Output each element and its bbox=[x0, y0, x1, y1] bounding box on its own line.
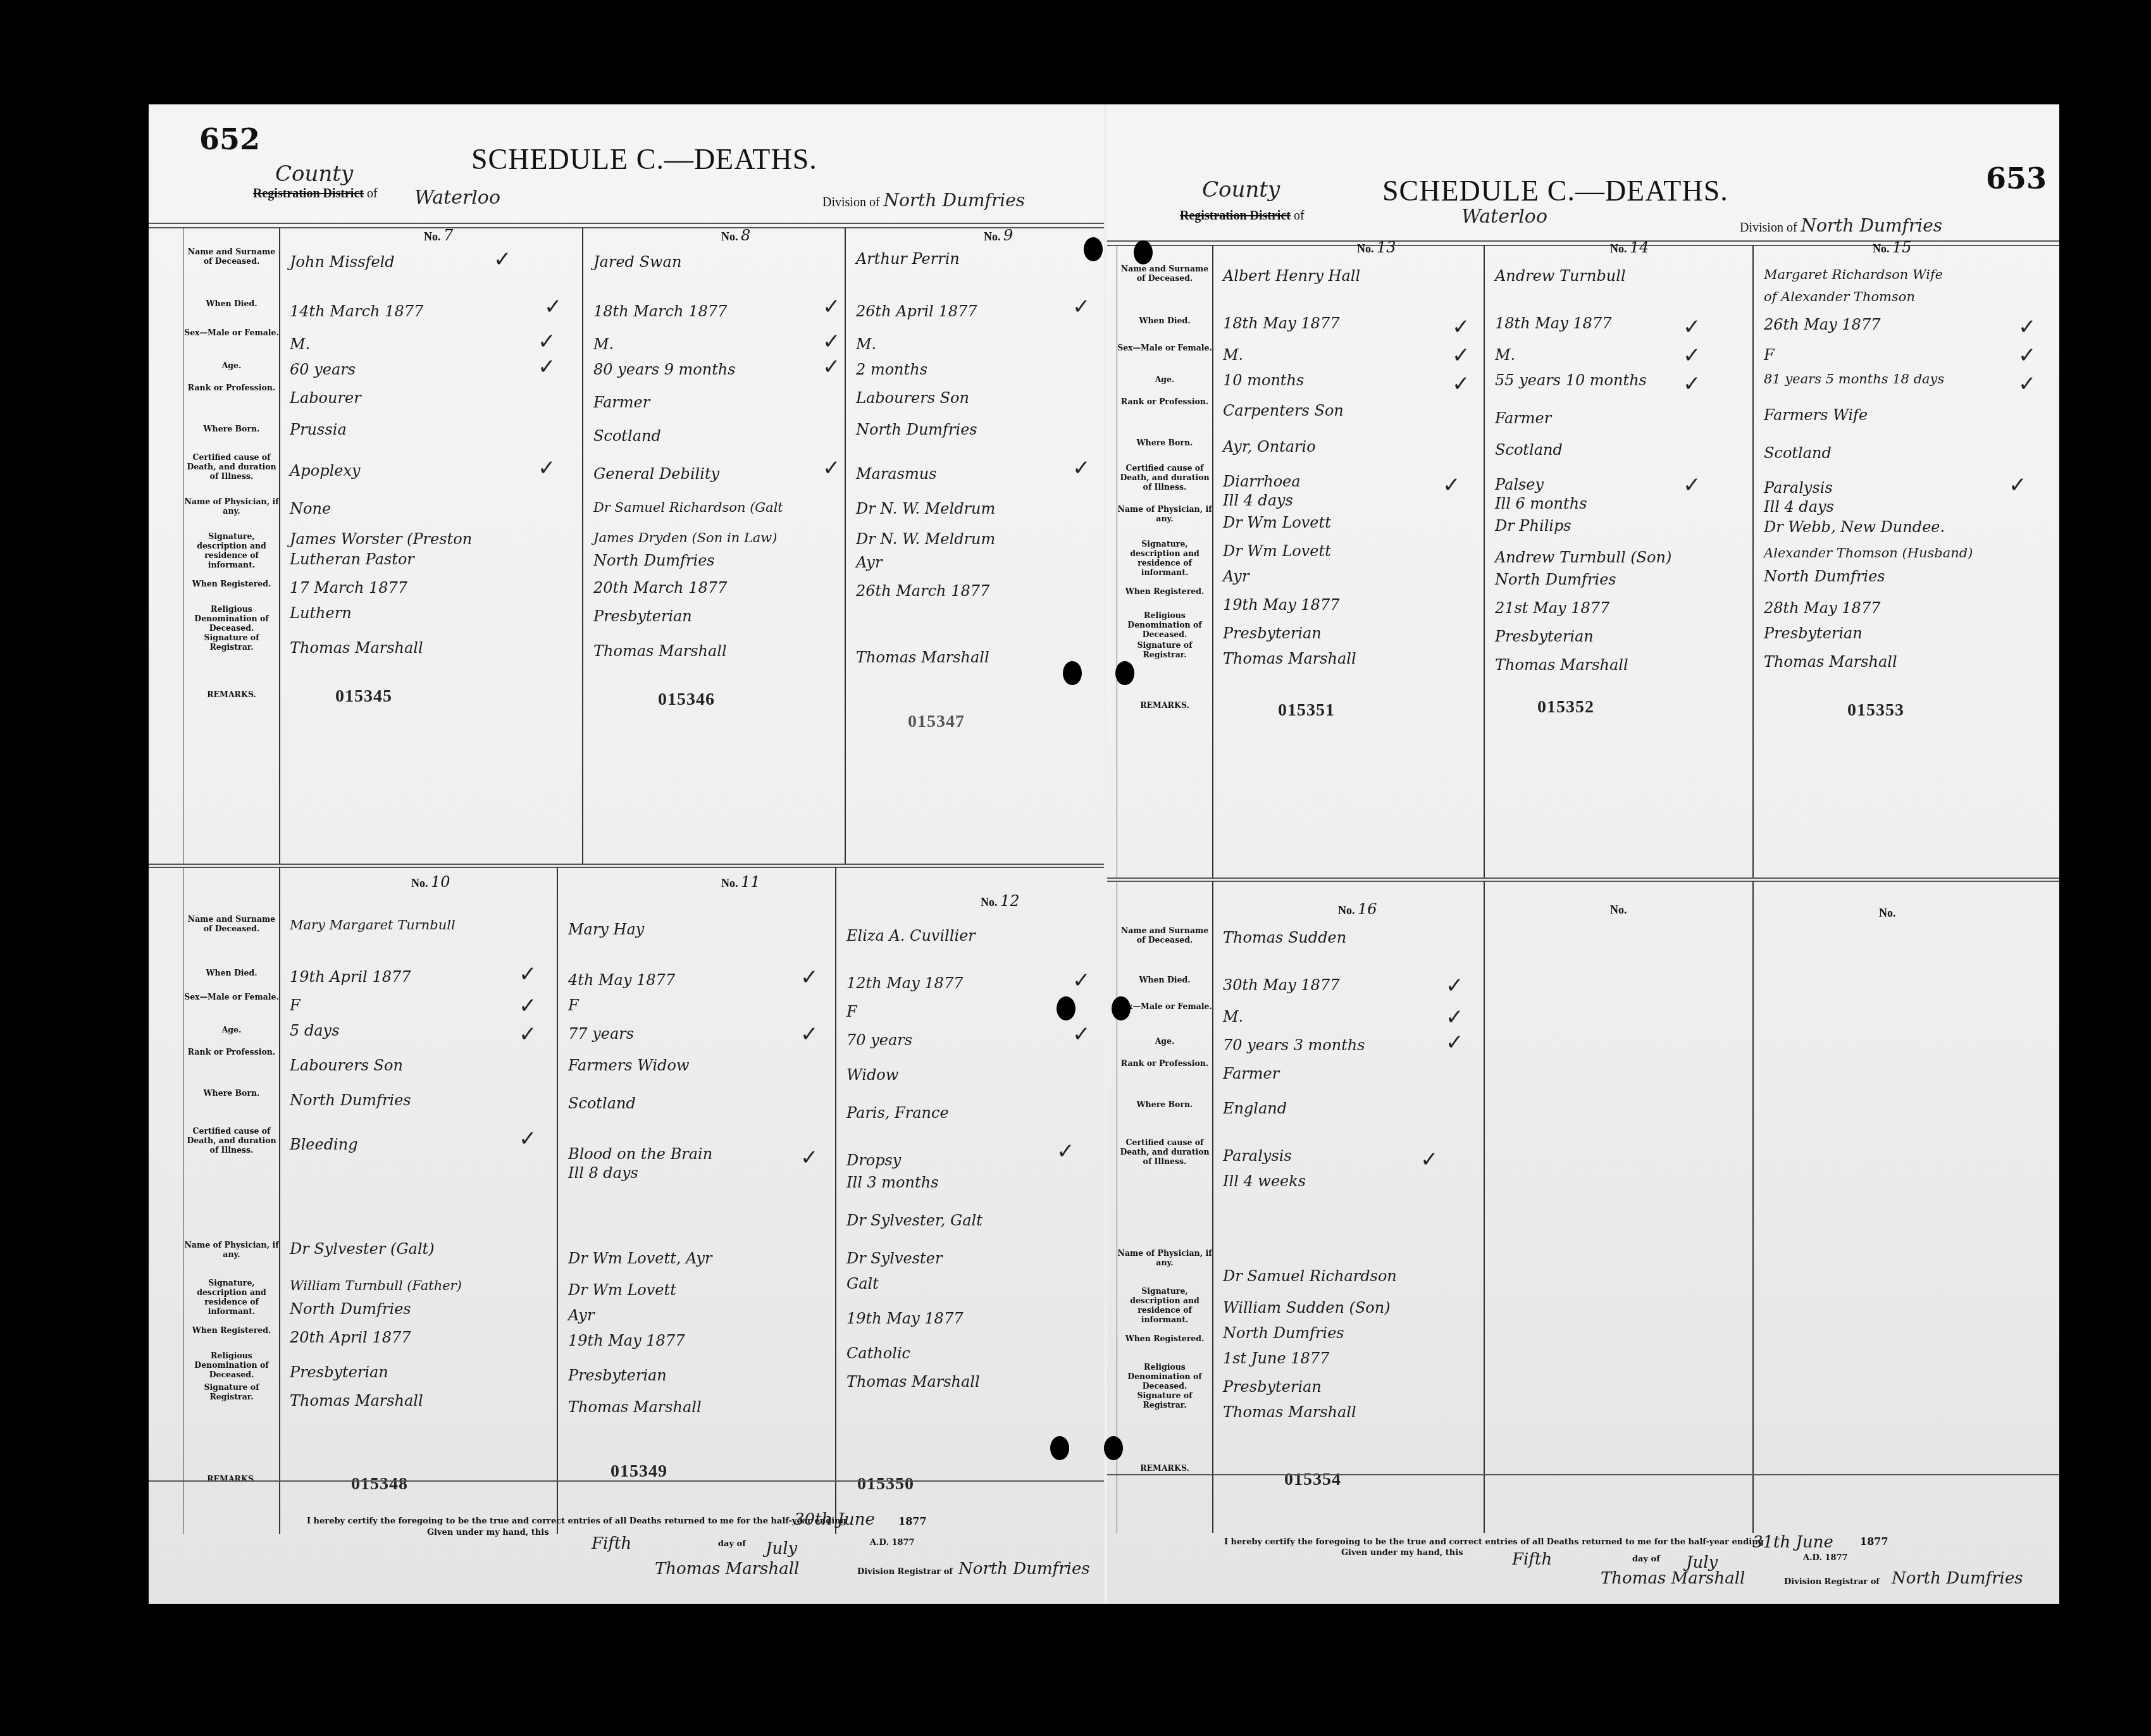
binding-hole bbox=[1057, 996, 1075, 1020]
page-number: 653 bbox=[1986, 161, 2047, 195]
religion: Presbyterian bbox=[1495, 628, 1747, 645]
where-born: England bbox=[1223, 1100, 1478, 1117]
right-page: 653 SCHEDULE C.—DEATHS. County Registrat… bbox=[1107, 104, 2059, 1604]
label-age: Age. bbox=[184, 1025, 279, 1034]
certificate-year: 1877 bbox=[1860, 1535, 1888, 1547]
entry-number: No. 13 bbox=[1357, 239, 1396, 256]
rank: Farmer bbox=[1495, 409, 1747, 427]
district-name: Waterloo bbox=[1461, 206, 1547, 228]
check-mark-icon: ✓ bbox=[1072, 294, 1091, 319]
informant: James Worster (Preston bbox=[290, 530, 577, 548]
rank: Labourers Son bbox=[290, 1057, 552, 1074]
cause-of-death: Dropsy bbox=[846, 1151, 1093, 1169]
check-mark-icon: ✓ bbox=[822, 354, 841, 380]
label-name: Name and Surname of Deceased. bbox=[184, 914, 279, 933]
label-age: Age. bbox=[1117, 1036, 1212, 1046]
informant-residence: North Dumfries bbox=[593, 552, 840, 569]
religion: Presbyterian bbox=[1764, 624, 2035, 642]
cause-of-death: Palsey bbox=[1495, 476, 1747, 493]
entry-number: No. 16 bbox=[1338, 900, 1377, 918]
remark-number: 015350 bbox=[857, 1474, 914, 1494]
rank: Widow bbox=[846, 1066, 1093, 1084]
check-mark-icon: ✓ bbox=[822, 456, 841, 481]
registrar-label: Division Registrar of bbox=[1784, 1577, 1880, 1587]
check-mark-icon: ✓ bbox=[519, 993, 537, 1019]
physician: Dr Philips bbox=[1495, 517, 1747, 535]
death-entry: No. 16 Thomas Sudden 30th May 1877 M. 70… bbox=[1212, 881, 1485, 1533]
date-died: 14th March 1877 bbox=[290, 302, 577, 320]
deceased-name: Arthur Perrin bbox=[856, 250, 1093, 268]
check-mark-icon: ✓ bbox=[1442, 473, 1461, 498]
label-age: Age. bbox=[184, 361, 279, 370]
age: 70 years bbox=[846, 1031, 1093, 1049]
where-born: Scotland bbox=[568, 1094, 830, 1112]
entry-number: No. bbox=[1879, 907, 1896, 920]
sex: M. bbox=[1223, 346, 1478, 364]
where-born: North Dumfries bbox=[290, 1091, 552, 1109]
rank: Labourer bbox=[290, 389, 577, 407]
registrar-signature: Thomas Marshall bbox=[856, 648, 1093, 666]
label-remarks: REMARKS. bbox=[1117, 700, 1212, 710]
rank: Farmer bbox=[1223, 1065, 1478, 1082]
informant: Dr Wm Lovett bbox=[1223, 542, 1478, 560]
label-informant: Signature, description and residence of … bbox=[184, 531, 279, 569]
district-name: Waterloo bbox=[414, 187, 500, 209]
page-number: 652 bbox=[199, 122, 260, 156]
label-cause: Certified cause of Death, and duration o… bbox=[184, 452, 279, 481]
registration-district-label: Registration District of bbox=[1180, 209, 1305, 223]
division-name: North Dumfries bbox=[1801, 215, 1943, 236]
sex: F bbox=[1764, 346, 2035, 364]
check-mark-icon: ✓ bbox=[538, 456, 556, 481]
illness-duration: Ill 4 days bbox=[1223, 492, 1478, 509]
binding-hole bbox=[1084, 237, 1103, 261]
entries-block-bottom: Name and Surname of Deceased. When Died.… bbox=[149, 867, 1104, 1534]
entries-block-top: Name and Surname of Deceased. When Died.… bbox=[1107, 245, 2059, 877]
cause-of-death: General Debility bbox=[593, 465, 840, 483]
deceased-name-continued: of Alexander Thomson bbox=[1764, 289, 2035, 304]
date-registered: 1st June 1877 bbox=[1223, 1349, 1478, 1367]
age: 10 months bbox=[1223, 371, 1478, 389]
informant-residence: North Dumfries bbox=[1495, 571, 1747, 588]
certificate-day-of: day of bbox=[718, 1539, 746, 1549]
label-name: Name and Surname of Deceased. bbox=[1117, 926, 1212, 945]
death-entry: No. 9 Arthur Perrin 26th April 1877 M. 2… bbox=[845, 228, 1098, 864]
registrar-signature: Thomas Marshall bbox=[1764, 653, 2035, 671]
informant: Andrew Turnbull (Son) bbox=[1495, 549, 1747, 566]
death-entry: No. 7 John Missfeld 14th March 1877 M. 6… bbox=[278, 228, 583, 864]
registrar-signature: Thomas Marshall bbox=[290, 639, 577, 657]
entry-number: No. 10 bbox=[411, 873, 450, 891]
religion: Presbyterian bbox=[1223, 624, 1478, 642]
check-mark-icon: ✓ bbox=[2018, 371, 2036, 397]
label-when-registered: When Registered. bbox=[1117, 586, 1212, 596]
check-mark-icon: ✓ bbox=[2018, 343, 2036, 368]
schedule-title: SCHEDULE C.—DEATHS. bbox=[471, 142, 817, 176]
certificate-year: 1877 bbox=[898, 1515, 927, 1527]
label-religion: Religious Denomination of Deceased. bbox=[1117, 1362, 1212, 1391]
registrar-signature: Thomas Marshall bbox=[1223, 650, 1478, 667]
row-labels: Name and Surname of Deceased. When Died.… bbox=[183, 228, 280, 864]
informant: Alexander Thomson (Husband) bbox=[1764, 545, 2035, 561]
row-labels: Name and Surname of Deceased. When Died.… bbox=[1117, 881, 1213, 1533]
sex: M. bbox=[856, 335, 1093, 353]
label-rank: Rank or Profession. bbox=[1117, 397, 1212, 406]
physician: Dr Sylvester, Galt bbox=[846, 1212, 1093, 1229]
age: 81 years 5 months 18 days bbox=[1764, 371, 2035, 387]
entries-block-top: Name and Surname of Deceased. When Died.… bbox=[149, 228, 1104, 864]
remark-number: 015353 bbox=[1847, 700, 1904, 721]
illness-duration: Ill 3 months bbox=[846, 1174, 1093, 1191]
sex: M. bbox=[593, 335, 840, 353]
where-born: Scotland bbox=[1495, 441, 1747, 459]
check-mark-icon: ✓ bbox=[493, 247, 512, 272]
informant-residence: Ayr bbox=[568, 1306, 830, 1324]
check-mark-icon: ✓ bbox=[1683, 314, 1701, 340]
where-born: Paris, France bbox=[846, 1104, 1093, 1122]
schedule-title: SCHEDULE C.—DEATHS. bbox=[1382, 174, 1728, 208]
sex: M. bbox=[290, 335, 577, 353]
deceased-name: Mary Hay bbox=[568, 921, 830, 938]
division-label: Division ofNorth Dumfries bbox=[1740, 215, 1942, 236]
certificate-ad: A.D. 1877 bbox=[870, 1538, 915, 1547]
informant-residence: Ayr bbox=[1223, 567, 1478, 585]
row-labels: Name and Surname of Deceased. When Died.… bbox=[183, 867, 280, 1534]
remark-number: 015348 bbox=[351, 1474, 408, 1494]
check-mark-icon: ✓ bbox=[1452, 343, 1470, 368]
registrar-signature: Thomas Marshall bbox=[846, 1373, 1093, 1391]
row-labels: Name and Surname of Deceased. When Died.… bbox=[1117, 245, 1213, 877]
deceased-name: John Missfeld bbox=[290, 253, 577, 271]
sex: M. bbox=[1223, 1008, 1478, 1026]
death-entry: No. 14 Andrew Turnbull 18th May 1877 M. … bbox=[1484, 245, 1754, 877]
registrar-label: Division Registrar of bbox=[857, 1567, 953, 1577]
informant: William Turnbull (Father) bbox=[290, 1278, 552, 1293]
where-born: North Dumfries bbox=[856, 421, 1093, 438]
label-remarks: REMARKS. bbox=[1117, 1463, 1212, 1473]
label-where-born: Where Born. bbox=[184, 424, 279, 433]
label-cause: Certified cause of Death, and duration o… bbox=[1117, 1138, 1212, 1166]
age: 80 years 9 months bbox=[593, 361, 840, 378]
rank: Carpenters Son bbox=[1223, 402, 1478, 419]
label-physician: Name of Physician, if any. bbox=[1117, 1248, 1212, 1267]
remark-number: 015346 bbox=[658, 690, 715, 710]
register-book: 652 SCHEDULE C.—DEATHS. County Registrat… bbox=[149, 104, 2059, 1604]
label-physician: Name of Physician, if any. bbox=[184, 1240, 279, 1259]
informant: James Dryden (Son in Law) bbox=[593, 530, 840, 545]
religion: Presbyterian bbox=[593, 607, 840, 625]
date-died: 18th March 1877 bbox=[593, 302, 840, 320]
check-mark-icon: ✓ bbox=[1452, 371, 1470, 397]
label-religion: Religious Denomination of Deceased. bbox=[184, 1351, 279, 1379]
label-sex: Sex—Male or Female. bbox=[1117, 343, 1212, 352]
binding-hole bbox=[1104, 1436, 1123, 1460]
physician: Dr Webb, New Dundee. bbox=[1764, 518, 2035, 536]
certificate-text: I hereby certify the foregoing to be the… bbox=[1224, 1537, 1764, 1547]
certificate-month: July bbox=[766, 1539, 797, 1558]
certificate-day-of: day of bbox=[1632, 1554, 1660, 1564]
label-religion: Religious Denomination of Deceased. bbox=[1117, 611, 1212, 639]
deceased-name: Jared Swan bbox=[593, 253, 840, 271]
label-informant: Signature, description and residence of … bbox=[1117, 539, 1212, 577]
label-when-registered: When Registered. bbox=[184, 579, 279, 588]
death-entry: No. 11 Mary Hay 4th May 1877 F 77 years … bbox=[557, 867, 836, 1534]
label-informant: Signature, description and residence of … bbox=[184, 1278, 279, 1316]
binding-hole bbox=[1134, 240, 1153, 264]
check-mark-icon: ✓ bbox=[822, 294, 841, 319]
check-mark-icon: ✓ bbox=[800, 1145, 819, 1170]
label-remarks: REMARKS. bbox=[184, 1474, 279, 1484]
deceased-name: Albert Henry Hall bbox=[1223, 267, 1478, 285]
check-mark-icon: ✓ bbox=[1683, 343, 1701, 368]
division-label: Division ofNorth Dumfries bbox=[822, 190, 1025, 211]
label-where-born: Where Born. bbox=[1117, 438, 1212, 447]
entries-block-bottom: Name and Surname of Deceased. When Died.… bbox=[1107, 881, 2059, 1533]
check-mark-icon: ✓ bbox=[1683, 473, 1701, 498]
binding-hole bbox=[1050, 1436, 1069, 1460]
footer-rule bbox=[1107, 1474, 2059, 1475]
informant-residence: North Dumfries bbox=[290, 1300, 552, 1318]
label-registrar: Signature of Registrar. bbox=[1117, 1391, 1212, 1410]
illness-duration: Ill 4 weeks bbox=[1223, 1172, 1478, 1190]
date-registered: 19th May 1877 bbox=[1223, 596, 1478, 614]
entry-number: No. 7 bbox=[424, 226, 453, 244]
binding-hole bbox=[1115, 661, 1134, 685]
illness-duration: Ill 8 days bbox=[568, 1164, 830, 1182]
check-mark-icon: ✓ bbox=[538, 329, 556, 354]
county-annotation: County bbox=[1202, 177, 1280, 202]
certificate-text: I hereby certify the foregoing to be the… bbox=[307, 1516, 846, 1526]
check-mark-icon: ✓ bbox=[2009, 473, 2027, 498]
deceased-name: Mary Margaret Turnbull bbox=[290, 917, 552, 933]
entry-number: No. 8 bbox=[721, 226, 750, 244]
county-annotation: County bbox=[275, 161, 353, 187]
check-mark-icon: ✓ bbox=[1683, 371, 1701, 397]
label-sex: Sex—Male or Female. bbox=[184, 328, 279, 337]
age: 60 years bbox=[290, 361, 577, 378]
certificate-given: Given under my hand, this bbox=[427, 1528, 549, 1537]
illness-duration: Ill 4 days bbox=[1764, 498, 2035, 516]
check-mark-icon: ✓ bbox=[519, 1126, 537, 1151]
label-rank: Rank or Profession. bbox=[184, 383, 279, 392]
date-died: 26th May 1877 bbox=[1764, 316, 2035, 333]
check-mark-icon: ✓ bbox=[1420, 1147, 1439, 1172]
death-entry: No. 12 Eliza A. Cuvillier 12th May 1877 … bbox=[835, 867, 1098, 1534]
physician: Dr Samuel Richardson bbox=[1223, 1267, 1478, 1285]
certificate-day: Fifth bbox=[1512, 1550, 1552, 1569]
date-died: 18th May 1877 bbox=[1223, 314, 1478, 332]
label-physician: Name of Physician, if any. bbox=[1117, 504, 1212, 523]
check-mark-icon: ✓ bbox=[822, 329, 841, 354]
deceased-name: Thomas Sudden bbox=[1223, 929, 1478, 946]
deceased-name: Eliza A. Cuvillier bbox=[846, 927, 1093, 945]
check-mark-icon: ✓ bbox=[519, 1022, 537, 1047]
religion: Catholic bbox=[846, 1344, 1093, 1362]
label-age: Age. bbox=[1117, 375, 1212, 384]
date-died: 26th April 1877 bbox=[856, 302, 1093, 320]
rank: Farmers Widow bbox=[568, 1057, 830, 1074]
physician: Dr Wm Lovett, Ayr bbox=[568, 1249, 830, 1267]
remark-number: 015349 bbox=[611, 1461, 667, 1482]
cause-of-death: Bleeding bbox=[290, 1136, 552, 1153]
left-page: 652 SCHEDULE C.—DEATHS. County Registrat… bbox=[149, 104, 1104, 1604]
where-born: Ayr, Ontario bbox=[1223, 438, 1478, 456]
age: 55 years 10 months bbox=[1495, 371, 1747, 389]
registrar-signature: Thomas Marshall bbox=[655, 1559, 799, 1578]
religion: Luthern bbox=[290, 604, 577, 622]
religion: Presbyterian bbox=[1223, 1378, 1478, 1396]
label-cause: Certified cause of Death, and duration o… bbox=[184, 1126, 279, 1155]
certificate-ad: A.D. 1877 bbox=[1803, 1553, 1848, 1563]
label-name: Name and Surname of Deceased. bbox=[184, 247, 279, 266]
remark-number: 015345 bbox=[335, 686, 392, 707]
informant-residence: Galt bbox=[846, 1275, 1093, 1293]
check-mark-icon: ✓ bbox=[2018, 314, 2036, 340]
sex: M. bbox=[1495, 346, 1747, 364]
date-died: 12th May 1877 bbox=[846, 974, 1093, 992]
date-registered: 20th April 1877 bbox=[290, 1329, 552, 1346]
label-physician: Name of Physician, if any. bbox=[184, 497, 279, 516]
date-died: 18th May 1877 bbox=[1495, 314, 1747, 332]
date-died: 30th May 1877 bbox=[1223, 976, 1478, 994]
remark-number: 015352 bbox=[1537, 697, 1594, 717]
label-when-registered: When Registered. bbox=[184, 1325, 279, 1335]
informant: Dr N. W. Meldrum bbox=[856, 530, 1093, 548]
sex: F bbox=[846, 1003, 1093, 1020]
entry-number: No. 14 bbox=[1610, 239, 1649, 256]
check-mark-icon: ✓ bbox=[1452, 314, 1470, 340]
registration-district-label: Registration District of bbox=[253, 187, 378, 201]
date-registered: 20th March 1877 bbox=[593, 579, 840, 597]
label-registrar: Signature of Registrar. bbox=[1117, 640, 1212, 659]
label-registrar: Signature of Registrar. bbox=[184, 1382, 279, 1401]
label-rank: Rank or Profession. bbox=[184, 1047, 279, 1057]
rank: Farmer bbox=[593, 394, 840, 411]
religion: Presbyterian bbox=[290, 1363, 552, 1381]
registrar-signature: Thomas Marshall bbox=[290, 1392, 552, 1410]
label-when-registered: When Registered. bbox=[1117, 1334, 1212, 1343]
where-born: Scotland bbox=[593, 427, 840, 445]
check-mark-icon: ✓ bbox=[800, 965, 819, 990]
illness-duration: Ill 6 months bbox=[1495, 495, 1747, 512]
rank: Labourers Son bbox=[856, 389, 1093, 407]
certificate-day: Fifth bbox=[592, 1534, 631, 1553]
date-registered: 19th May 1877 bbox=[846, 1310, 1093, 1327]
label-rank: Rank or Profession. bbox=[1117, 1058, 1212, 1068]
date-registered: 21st May 1877 bbox=[1495, 599, 1747, 617]
deceased-name: Margaret Richardson Wife bbox=[1764, 267, 2035, 282]
certificate-given: Given under my hand, this bbox=[1341, 1548, 1463, 1558]
registrar-signature: Thomas Marshall bbox=[1601, 1569, 1745, 1588]
cause-of-death: Diarrhoea bbox=[1223, 473, 1478, 490]
sex: F bbox=[568, 996, 830, 1014]
death-entry: No. 13 Albert Henry Hall 18th May 1877 M… bbox=[1212, 245, 1485, 877]
entry-number: No. 11 bbox=[721, 873, 760, 891]
physician: Dr N. W. Meldrum bbox=[856, 500, 1093, 518]
label-where-born: Where Born. bbox=[1117, 1100, 1212, 1109]
deceased-name: Andrew Turnbull bbox=[1495, 267, 1747, 285]
entry-number: No. 15 bbox=[1873, 239, 1912, 256]
label-when-died: When Died. bbox=[1117, 975, 1212, 984]
label-registrar: Signature of Registrar. bbox=[184, 633, 279, 652]
check-mark-icon: ✓ bbox=[544, 294, 562, 319]
physician: Dr Sylvester (Galt) bbox=[290, 1240, 552, 1258]
informant-residence: North Dumfries bbox=[1223, 1324, 1478, 1342]
sex: F bbox=[290, 996, 552, 1014]
label-religion: Religious Denomination of Deceased. bbox=[184, 604, 279, 633]
death-entry: No. 15 Margaret Richardson Wife of Alexa… bbox=[1752, 245, 2040, 877]
informant-residence: Ayr bbox=[856, 554, 1093, 571]
label-sex: Sex—Male or Female. bbox=[1117, 1001, 1212, 1011]
physician: None bbox=[290, 500, 577, 518]
check-mark-icon: ✓ bbox=[1446, 1005, 1464, 1030]
date-registered: 26th March 1877 bbox=[856, 582, 1093, 600]
registrar-division: North Dumfries bbox=[958, 1559, 1090, 1578]
registrar-division: North Dumfries bbox=[1892, 1569, 2023, 1588]
half-year-end-date: 30th June bbox=[794, 1510, 875, 1529]
half-year-end-date: 31th June bbox=[1752, 1533, 1833, 1552]
entry-number: No. 9 bbox=[984, 226, 1013, 244]
date-registered: 17 March 1877 bbox=[290, 579, 577, 597]
entry-number: No. bbox=[1610, 903, 1627, 917]
label-when-died: When Died. bbox=[1117, 316, 1212, 325]
death-entry: No. 8 Jared Swan 18th March 1877 M. 80 y… bbox=[582, 228, 846, 864]
registrar-signature: Thomas Marshall bbox=[593, 642, 840, 660]
religion: Presbyterian bbox=[568, 1367, 830, 1384]
age: 2 months bbox=[856, 361, 1093, 378]
rank: Farmers Wife bbox=[1764, 406, 2035, 424]
label-sex: Sex—Male or Female. bbox=[184, 992, 279, 1001]
age: 77 years bbox=[568, 1025, 830, 1043]
label-when-died: When Died. bbox=[184, 299, 279, 308]
informant-residence: Lutheran Pastor bbox=[290, 550, 577, 568]
binding-hole bbox=[1063, 661, 1082, 685]
check-mark-icon: ✓ bbox=[1446, 973, 1464, 998]
where-born: Prussia bbox=[290, 421, 577, 438]
label-remarks: REMARKS. bbox=[184, 690, 279, 699]
cause-of-death: Apoplexy bbox=[290, 462, 577, 480]
informant: Dr Sylvester bbox=[846, 1249, 1093, 1267]
entry-number: No. 12 bbox=[981, 892, 1020, 910]
remark-number: 015354 bbox=[1284, 1470, 1341, 1490]
date-died: 4th May 1877 bbox=[568, 971, 830, 989]
date-died: 19th April 1877 bbox=[290, 968, 552, 986]
check-mark-icon: ✓ bbox=[519, 962, 537, 987]
check-mark-icon: ✓ bbox=[1072, 968, 1091, 993]
label-when-died: When Died. bbox=[184, 968, 279, 977]
cause-of-death: Paralysis bbox=[1764, 479, 2035, 497]
check-mark-icon: ✓ bbox=[800, 1022, 819, 1047]
informant: Dr Wm Lovett bbox=[568, 1281, 830, 1299]
registrar-signature: Thomas Marshall bbox=[1223, 1403, 1478, 1421]
empty-entry: No. bbox=[1484, 881, 1754, 1533]
informant: William Sudden (Son) bbox=[1223, 1299, 1478, 1317]
date-registered: 19th May 1877 bbox=[568, 1332, 830, 1349]
empty-entry: No. bbox=[1752, 881, 2040, 1533]
check-mark-icon: ✓ bbox=[1446, 1030, 1464, 1055]
check-mark-icon: ✓ bbox=[1072, 1022, 1091, 1047]
remark-number: 015351 bbox=[1278, 700, 1335, 721]
binding-hole bbox=[1112, 996, 1131, 1020]
death-entry: No. 10 Mary Margaret Turnbull 19th April… bbox=[278, 867, 558, 1534]
registrar-signature: Thomas Marshall bbox=[1495, 656, 1747, 674]
label-name: Name and Surname of Deceased. bbox=[1117, 264, 1212, 283]
label-cause: Certified cause of Death, and duration o… bbox=[1117, 463, 1212, 492]
cause-of-death: Marasmus bbox=[856, 465, 1093, 483]
label-informant: Signature, description and residence of … bbox=[1117, 1286, 1212, 1324]
where-born: Scotland bbox=[1764, 444, 2035, 462]
registrar-signature: Thomas Marshall bbox=[568, 1398, 830, 1416]
